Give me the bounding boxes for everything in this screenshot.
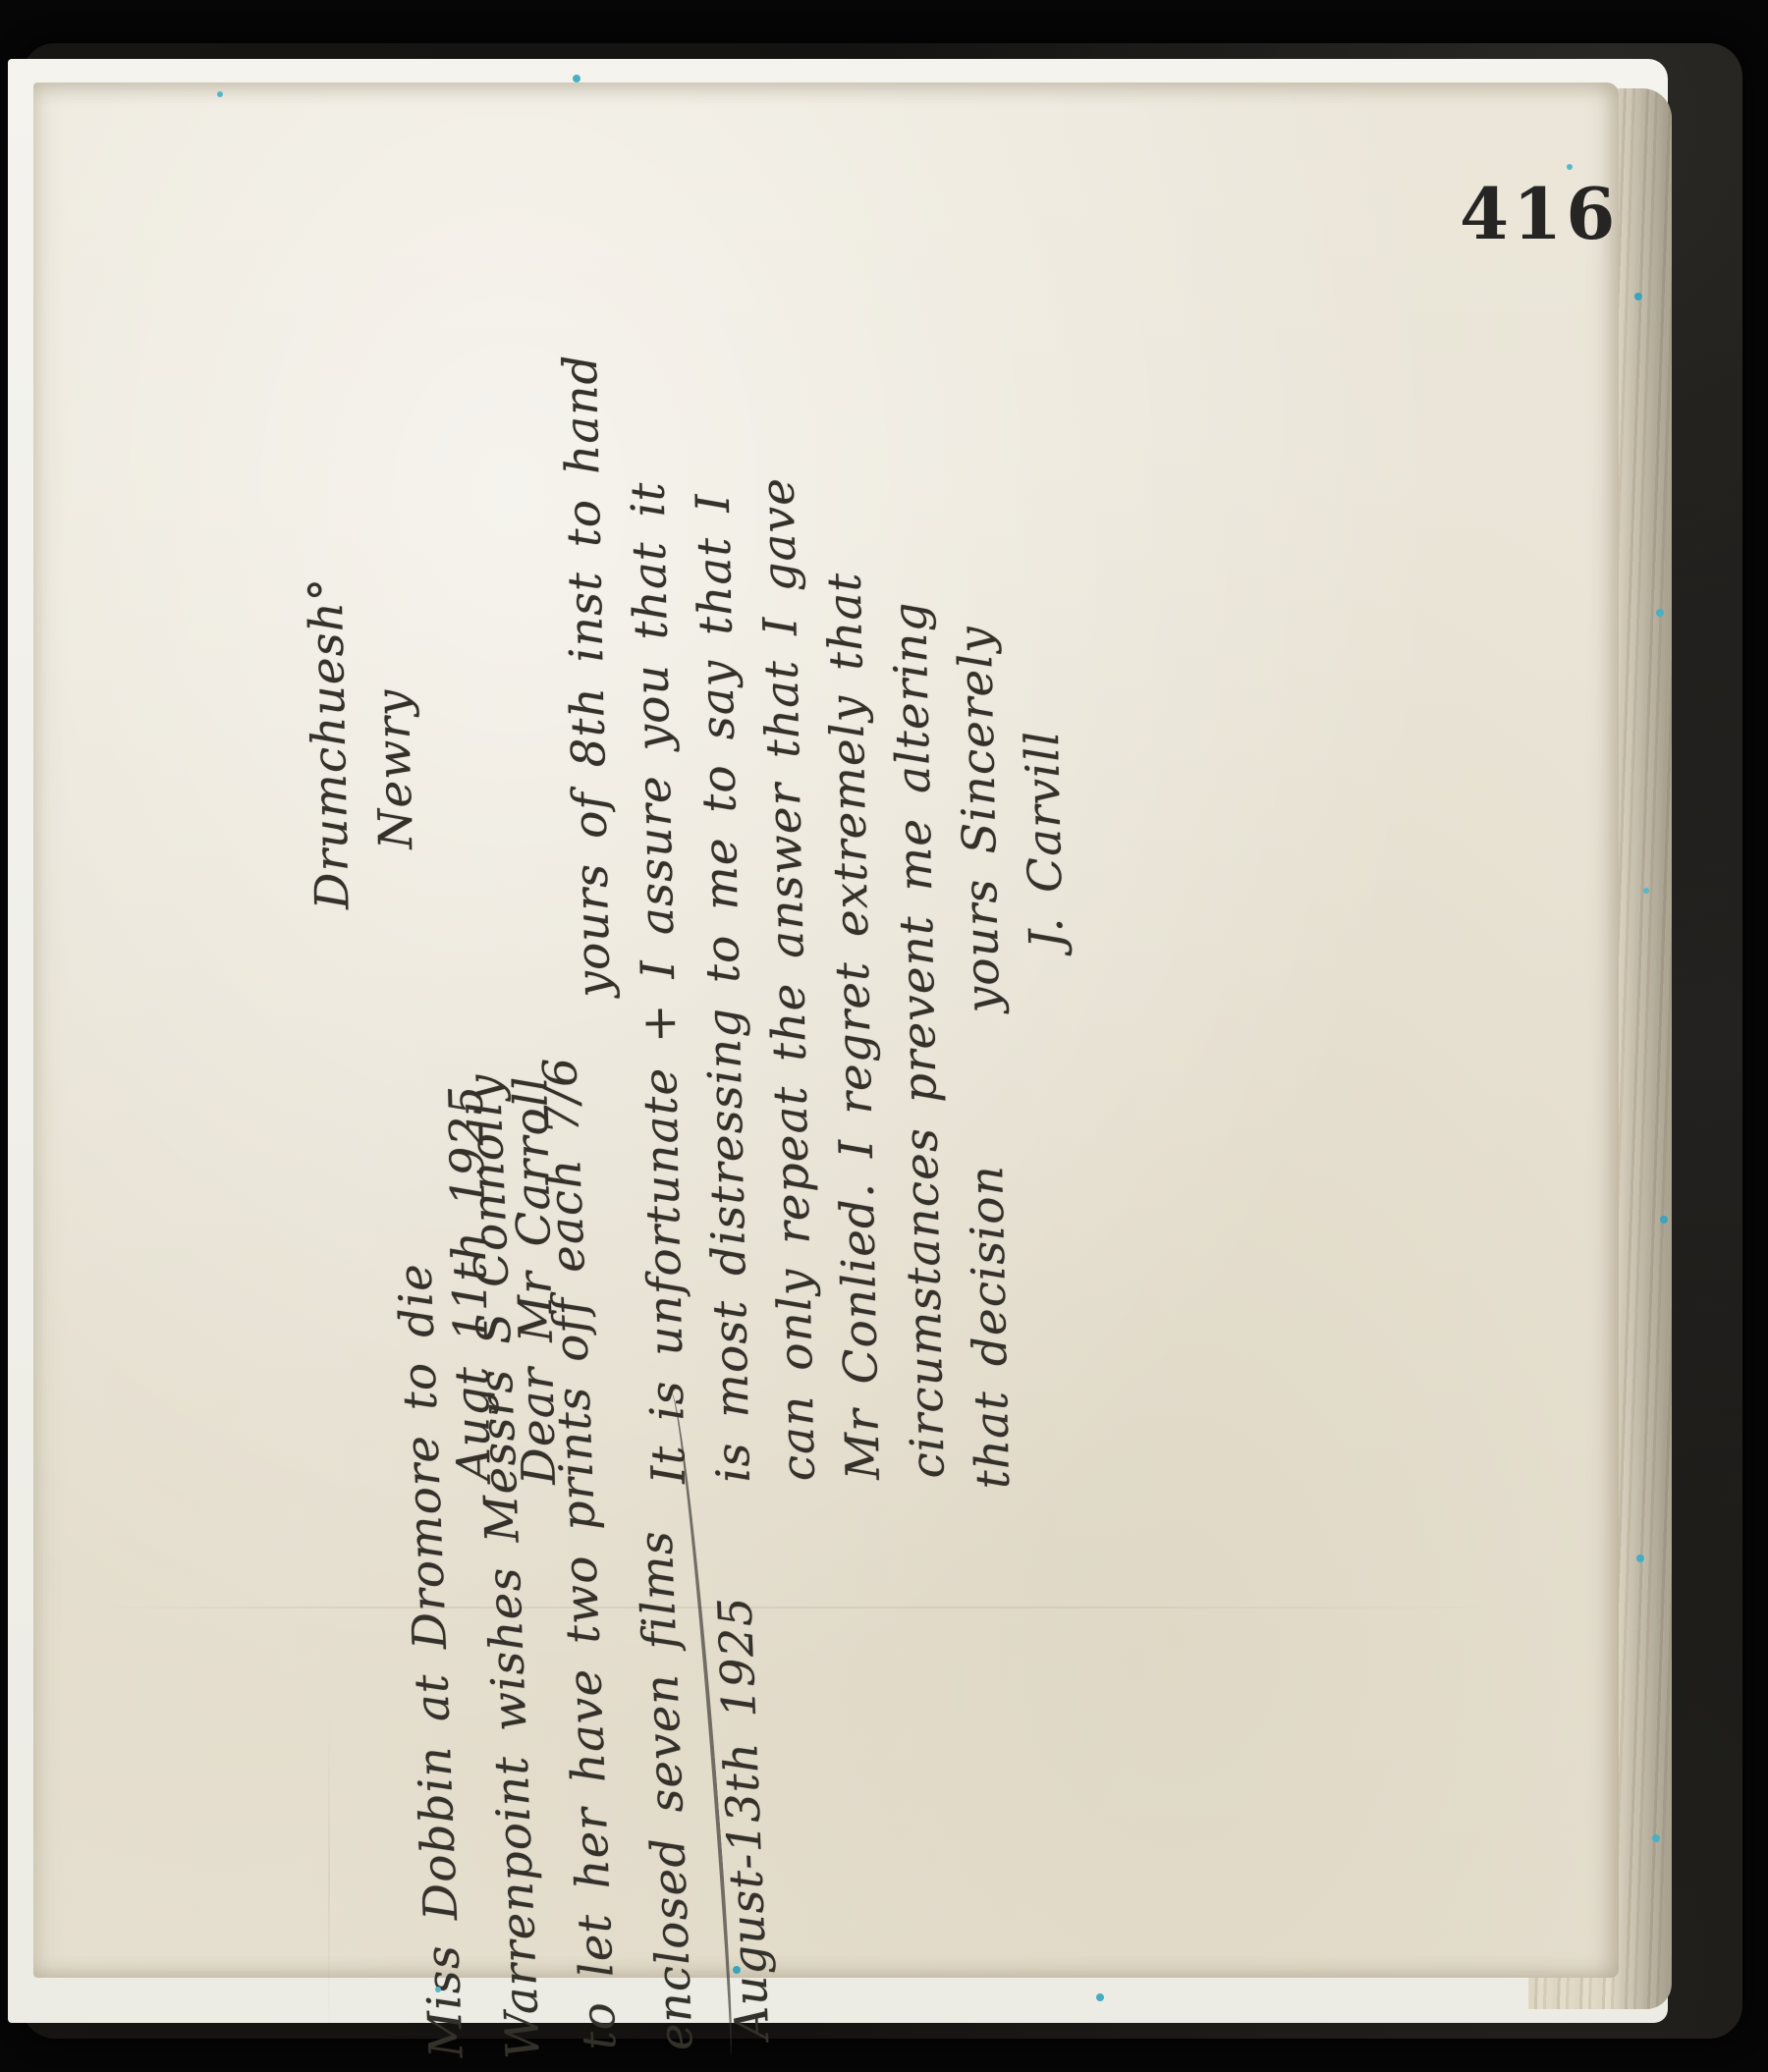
blue-ink-specks xyxy=(0,0,4,4)
memo-text: Miss Dobbin at Dromore to die Warrenpoin… xyxy=(372,1118,832,2067)
folio-number: 416 xyxy=(1460,179,1619,249)
memo-block: Miss Dobbin at Dromore to die Warrenpoin… xyxy=(372,1135,795,2068)
closing-gap xyxy=(999,1012,1002,1165)
letter-closing-left: that decision xyxy=(960,1165,1021,1490)
page-crease-vertical xyxy=(328,1713,330,2037)
letter-closing-right: yours Sincerely xyxy=(949,626,1011,1013)
journal-page: 416 Drumchuesh° Newry Augt 11th 1925 Dea… xyxy=(33,82,1619,1978)
